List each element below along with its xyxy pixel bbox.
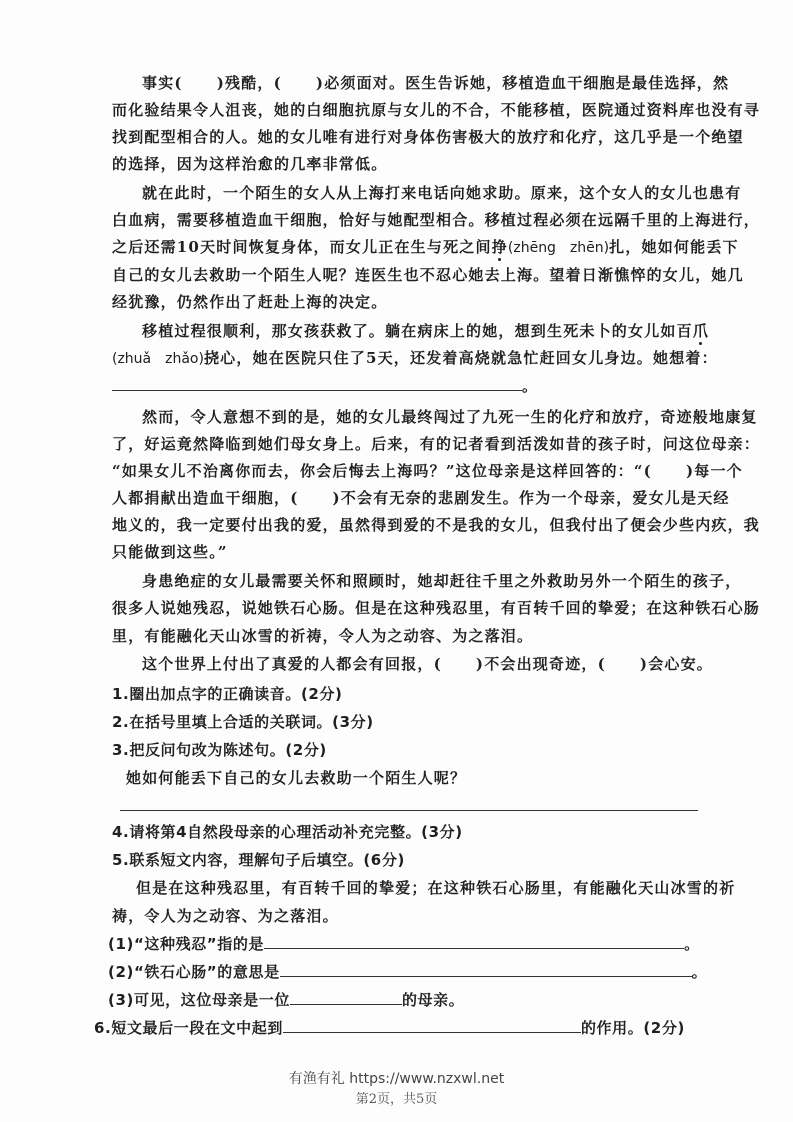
- text: 事实(: [142, 74, 183, 92]
- question-5-quote-line2: 祷，令人为之动容、为之落泪。: [112, 906, 700, 926]
- question-5-quote-line1: 但是在这种残忍里，有百转千回的挚爱；在这种铁石心肠里，有能融化天山冰雪的祈: [136, 878, 724, 898]
- passage-p1-line1: 事实()残酷，()必须面对。医生告诉她，移植造血干细胞是最佳选择，然: [142, 73, 730, 93]
- question-number: 5.: [112, 851, 129, 869]
- passage-p1-line2: 而化验结果令人沮丧，她的白细胞抗原与女儿的不合，不能移植，医院通过资料库也没有寻: [112, 100, 700, 120]
- question-3: 3.把反问句改为陈述句。(2分): [112, 740, 700, 760]
- exam-page: 事实()残酷，()必须面对。医生告诉她，移植造血干细胞是最佳选择，然 而化验结果…: [0, 0, 793, 1122]
- text: 这个世界上付出了真爱的人都会有回报，(: [142, 655, 442, 673]
- text: 移植过程很顺利，那女孩获救了。躺在病床上的她，想到生死未卜的女儿如百: [142, 322, 693, 340]
- passage-p5-line3: 里，有能融化天山冰雪的祈祷，令人为之动容、为之落泪。: [112, 626, 700, 646]
- text: )会心安。: [640, 655, 713, 673]
- text: 的母亲。: [402, 991, 464, 1009]
- text: 。: [684, 935, 700, 953]
- question-text: 在括号里填上合适的关联词。(3分): [129, 713, 373, 731]
- passage-p3-line1: 移植过程很顺利，那女孩获救了。躺在病床上的她，想到生死未卜的女儿如百爪: [142, 321, 730, 341]
- passage-p2-line4: 自己的女儿去救助一个陌生人呢？连医生也不忍心她去上海。望着日渐憔悴的女儿，她几: [112, 265, 700, 285]
- answer-line-q3[interactable]: [120, 810, 698, 811]
- passage-p4-line3: “如果女儿不治离你而去，你会后悔去上海吗？”这位母亲是这样回答的：“()每一个: [112, 461, 700, 481]
- dotted-character: 爪: [693, 322, 709, 340]
- passage-p2-line3: 之后还需10天时间恢复身体，而女儿正在生与死之间挣(zhēng zhēn)扎，她…: [112, 237, 700, 258]
- text: )不会出现奇迹，(: [476, 655, 606, 673]
- question-number: 4.: [112, 823, 129, 841]
- question-5: 5.联系短文内容，理解句子后填空。(6分): [112, 850, 700, 870]
- question-5-sub-1: (1)“这种残忍”指的是。: [108, 934, 696, 954]
- footer-watermark: 有渔有礼 https://www.nzxwl.net: [0, 1068, 793, 1088]
- question-4: 4.请将第4自然段母亲的心理活动补充完整。(3分): [112, 822, 700, 842]
- question-number: 1.: [112, 685, 129, 703]
- sub-label: (1)“这种残忍”指的是: [108, 935, 264, 953]
- question-number: 3.: [112, 741, 129, 759]
- text: )残酷，(: [217, 74, 282, 92]
- answer-line-5-3[interactable]: [290, 990, 402, 1005]
- passage-p4-line2: 了，好运竟然降临到她们母女身上。后来，有的记者看到活泼如昔的孩子时，问这位母亲：: [112, 434, 700, 454]
- passage-p4-line6: 只能做到这些。”: [112, 542, 700, 562]
- pinyin-options[interactable]: (zhuǎ zhǎo): [112, 351, 204, 367]
- text: 。: [692, 963, 708, 981]
- question-2: 2.在括号里填上合适的关联词。(3分): [112, 712, 700, 732]
- passage-p2-line2: 白血病，需要移植造血干细胞，恰好与她配型相合。移植过程必须在远隔千里的上海进行，: [112, 210, 700, 230]
- pinyin-options[interactable]: (zhēng zhēn): [508, 240, 609, 256]
- answer-line-q4[interactable]: [112, 376, 522, 391]
- text: 。: [522, 377, 538, 395]
- passage-p4-line5: 地义的，我一定要付出我的爱，虽然得到爱的不是我的女儿，但我付出了便会少些内疚，我: [112, 515, 700, 535]
- passage-p4-line4: 人都捐献出造血干细胞，()不会有无奈的悲剧发生。作为一个母亲，爱女儿是天经: [112, 488, 700, 508]
- text: )必须面对。医生告诉她，移植造血干细胞是最佳选择，然: [316, 74, 729, 92]
- passage-p5-line1: 身患绝症的女儿最需要关怀和照顾时，她却赶往千里之外救助另外一个陌生的孩子，: [142, 571, 730, 591]
- passage-p3-line2: (zhuǎ zhǎo)挠心，她在医院只住了5天，还发着高烧就急忙赶回女儿身边。她…: [112, 348, 700, 369]
- question-1: 1.圈出加点字的正确读音。(2分): [112, 684, 700, 704]
- dotted-character: 挣: [492, 238, 508, 256]
- sub-label: (2)“铁石心肠”的意思是: [108, 963, 280, 981]
- passage-p1-line4: 的选择，因为这样治愈的几率非常低。: [112, 154, 700, 174]
- question-5-sub-3: (3)可见，这位母亲是一位的母亲。: [108, 990, 696, 1010]
- text: 挠心，她在医院只住了5天，还发着高烧就急忙赶回女儿身边。她想着：: [204, 349, 718, 367]
- text: )不会有无奈的悲剧发生。作为一个母亲，爱女儿是天经: [333, 489, 730, 507]
- passage-p2-line1: 就在此时，一个陌生的女人从上海打来电话向她求助。原来，这个女人的女儿也患有: [142, 183, 730, 203]
- passage-p4-line1: 然而，令人意想不到的是，她的女儿最终闯过了九死一生的化疗和放疗，奇迹般地康复: [142, 407, 730, 427]
- answer-line-5-2[interactable]: [280, 962, 692, 977]
- passage-p2-line5: 经犹豫，仍然作出了赶赴上海的决定。: [112, 292, 700, 312]
- text: )每一个: [686, 462, 743, 480]
- answer-line-5-1[interactable]: [264, 934, 684, 949]
- passage-p6-line1: 这个世界上付出了真爱的人都会有回报，()不会出现奇迹，()会心安。: [142, 654, 730, 674]
- text: “如果女儿不治离你而去，你会后悔去上海吗？”这位母亲是这样回答的：“(: [112, 462, 652, 480]
- question-text: 的作用。(2分): [581, 1019, 685, 1037]
- question-text: 请将第4自然段母亲的心理活动补充完整。(3分): [129, 823, 462, 841]
- passage-p5-line2: 很多人说她残忍，说她铁石心肠。但是在这种残忍里，有百转千回的挚爱；在这种铁石心肠: [112, 598, 700, 618]
- question-number: 2.: [112, 713, 129, 731]
- question-6: 6.短文最后一段在文中起到的作用。(2分): [94, 1018, 682, 1038]
- answer-line-q6[interactable]: [283, 1018, 581, 1033]
- question-number: 6.: [94, 1019, 111, 1037]
- question-text: 圈出加点字的正确读音。(2分): [129, 685, 342, 703]
- question-text: 把反问句改为陈述句。(2分): [129, 741, 327, 759]
- passage-p1-line3: 找到配型相合的人。她的女儿唯有进行对身体伤害极大的放疗和化疗，这几乎是一个绝望: [112, 127, 700, 147]
- text: 扎，她如何能丢下: [609, 238, 739, 256]
- sub-label: (3)可见，这位母亲是一位: [108, 991, 290, 1009]
- question-text: 联系短文内容，理解句子后填空。(6分): [129, 851, 405, 869]
- text: 之后还需10天时间恢复身体，而女儿正在生与死之间: [112, 238, 492, 256]
- text: 人都捐献出造血干细胞，(: [112, 489, 299, 507]
- question-5-sub-2: (2)“铁石心肠”的意思是。: [108, 962, 696, 982]
- question-text: 短文最后一段在文中起到: [111, 1019, 283, 1037]
- question-3-sentence: 她如何能丢下自己的女儿去救助一个陌生人呢？: [126, 768, 714, 788]
- page-number: 第2页，共5页: [0, 1088, 793, 1107]
- passage-p3-line3: 。: [112, 376, 700, 396]
